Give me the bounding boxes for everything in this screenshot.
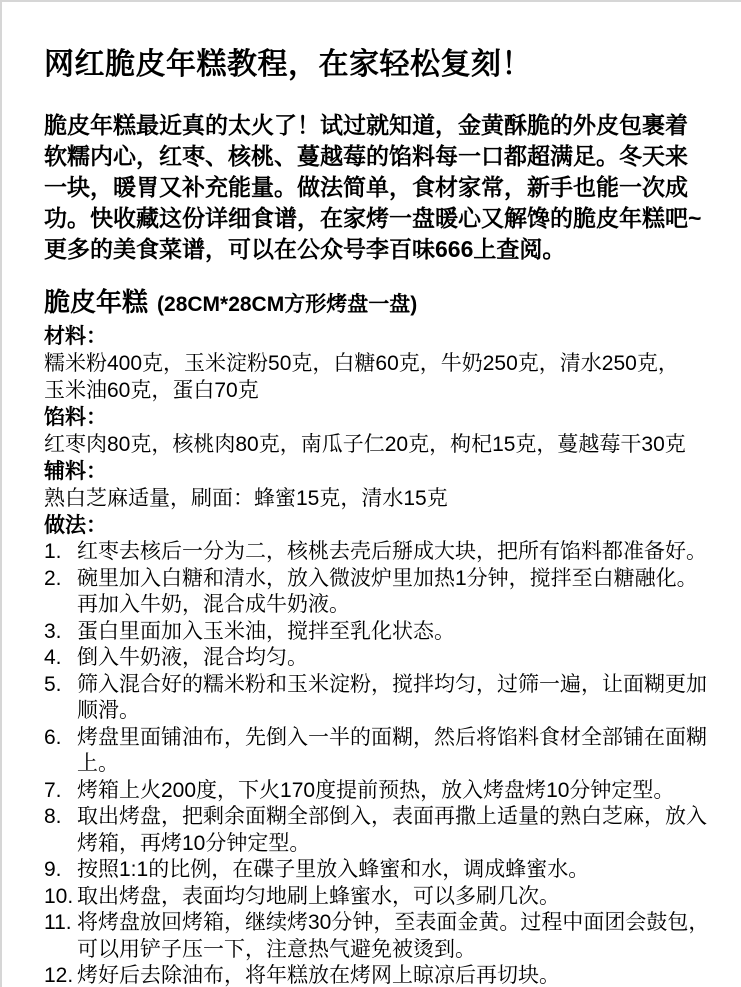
recipe-name: 脆皮年糕 (44, 287, 148, 317)
step-number: 6. (44, 725, 77, 752)
step-number: 5. (44, 672, 77, 699)
step-number: 3. (44, 619, 77, 646)
step-text: 将烤盘放回烤箱，继续烤30分钟，至表面金黄。过程中面团会鼓包，可以用铲子压一下，… (77, 910, 717, 963)
intro-line: 软糯内心，红枣、核桃、蔓越莓的馅料每一口都超满足。冬天来 (44, 141, 717, 172)
step-text: 碗里加入白糖和清水，放入微波炉里加热1分钟，搅拌至白糖融化。再加入牛奶，混合成牛… (77, 566, 717, 619)
intro-line: 脆皮年糕最近真的太火了！试过就知道，金黄酥脆的外皮包裹着 (44, 110, 717, 141)
section-line: 红枣肉80克，核桃肉80克，南瓜子仁20克，枸杞15克，蔓越莓干30克 (44, 431, 717, 458)
step-text: 红枣去核后一分为二，核桃去壳后掰成大块，把所有馅料都准备好。 (77, 539, 717, 566)
step-number: 8. (44, 804, 77, 831)
step-text: 筛入混合好的糯米粉和玉米淀粉，搅拌均匀，过筛一遍，让面糊更加顺滑。 (77, 672, 717, 725)
step-number: 9. (44, 857, 77, 884)
step-number: 7. (44, 778, 77, 805)
section-line: 熟白芝麻适量，刷面：蜂蜜15克，清水15克 (44, 485, 717, 512)
section-label-steps: 做法： (44, 512, 717, 539)
intro-line: 功。快收藏这份详细食谱，在家烤一盘暖心又解馋的脆皮年糕吧~ (44, 203, 717, 234)
step-item: 10. 取出烤盘，表面均匀地刷上蜂蜜水，可以多刷几次。 (44, 884, 717, 911)
step-item: 8. 取出烤盘，把剩余面糊全部倒入，表面再撒上适量的熟白芝麻，放入烤箱，再烤10… (44, 804, 717, 857)
step-number: 11. (44, 910, 77, 937)
section-line: 玉米油60克，蛋白70克 (44, 377, 717, 404)
step-item: 9. 按照1:1的比例，在碟子里放入蜂蜜和水，调成蜂蜜水。 (44, 857, 717, 884)
step-item: 4. 倒入牛奶液，混合均匀。 (44, 645, 717, 672)
intro-line: 一块，暖胃又补充能量。做法简单，食材家常，新手也能一次成 (44, 172, 717, 203)
recipe-heading: 脆皮年糕(28CM*28CM方形烤盘一盘) (44, 286, 717, 323)
step-item: 5. 筛入混合好的糯米粉和玉米淀粉，搅拌均匀，过筛一遍，让面糊更加顺滑。 (44, 672, 717, 725)
step-text: 烤箱上火200度，下火170度提前预热，放入烤盘烤10分钟定型。 (77, 778, 717, 805)
step-item: 6. 烤盘里面铺油布，先倒入一半的面糊，然后将馅料食材全部铺在面糊上。 (44, 725, 717, 778)
pan-size-note: (28CM*28CM方形烤盘一盘) (157, 293, 417, 316)
ingredients-block: 材料： 糯米粉400克，玉米淀粉50克，白糖60克，牛奶250克，清水250克，… (44, 323, 717, 539)
step-text: 蛋白里面加入玉米油，搅拌至乳化状态。 (77, 619, 717, 646)
step-text: 取出烤盘，把剩余面糊全部倒入，表面再撒上适量的熟白芝麻，放入烤箱，再烤10分钟定… (77, 804, 717, 857)
step-item: 11. 将烤盘放回烤箱，继续烤30分钟，至表面金黄。过程中面团会鼓包，可以用铲子… (44, 910, 717, 963)
step-item: 1. 红枣去核后一分为二，核桃去壳后掰成大块，把所有馅料都准备好。 (44, 539, 717, 566)
step-text: 按照1:1的比例，在碟子里放入蜂蜜和水，调成蜂蜜水。 (77, 857, 717, 884)
steps-list: 1. 红枣去核后一分为二，核桃去壳后掰成大块，把所有馅料都准备好。 2. 碗里加… (44, 539, 717, 987)
step-text: 倒入牛奶液，混合均匀。 (77, 645, 717, 672)
step-item: 2. 碗里加入白糖和清水，放入微波炉里加热1分钟，搅拌至白糖融化。再加入牛奶，混… (44, 566, 717, 619)
document-page: 网红脆皮年糕教程，在家轻松复刻！ 脆皮年糕最近真的太火了！试过就知道，金黄酥脆的… (0, 0, 741, 987)
section-label-materials: 材料： (44, 323, 717, 350)
step-number: 12. (44, 963, 77, 987)
step-number: 4. (44, 645, 77, 672)
step-item: 12. 烤好后去除油布，将年糕放在烤网上晾凉后再切块。 (44, 963, 717, 987)
intro-paragraph: 脆皮年糕最近真的太火了！试过就知道，金黄酥脆的外皮包裹着 软糯内心，红枣、核桃、… (44, 110, 717, 265)
step-text: 取出烤盘，表面均匀地刷上蜂蜜水，可以多刷几次。 (77, 884, 717, 911)
step-item: 3. 蛋白里面加入玉米油，搅拌至乳化状态。 (44, 619, 717, 646)
document-content: 网红脆皮年糕教程，在家轻松复刻！ 脆皮年糕最近真的太火了！试过就知道，金黄酥脆的… (2, 2, 741, 987)
step-text: 烤盘里面铺油布，先倒入一半的面糊，然后将馅料食材全部铺在面糊上。 (77, 725, 717, 778)
section-line: 糯米粉400克，玉米淀粉50克，白糖60克，牛奶250克，清水250克， (44, 350, 717, 377)
step-number: 1. (44, 539, 77, 566)
step-number: 10. (44, 884, 77, 911)
intro-line: 更多的美食菜谱，可以在公众号李百味666上查阅。 (44, 234, 717, 265)
step-text: 烤好后去除油布，将年糕放在烤网上晾凉后再切块。 (77, 963, 717, 987)
section-label-auxiliary: 辅料： (44, 458, 717, 485)
step-number: 2. (44, 566, 77, 593)
section-label-filling: 馅料： (44, 404, 717, 431)
page-title: 网红脆皮年糕教程，在家轻松复刻！ (44, 46, 717, 83)
step-item: 7. 烤箱上火200度，下火170度提前预热，放入烤盘烤10分钟定型。 (44, 778, 717, 805)
